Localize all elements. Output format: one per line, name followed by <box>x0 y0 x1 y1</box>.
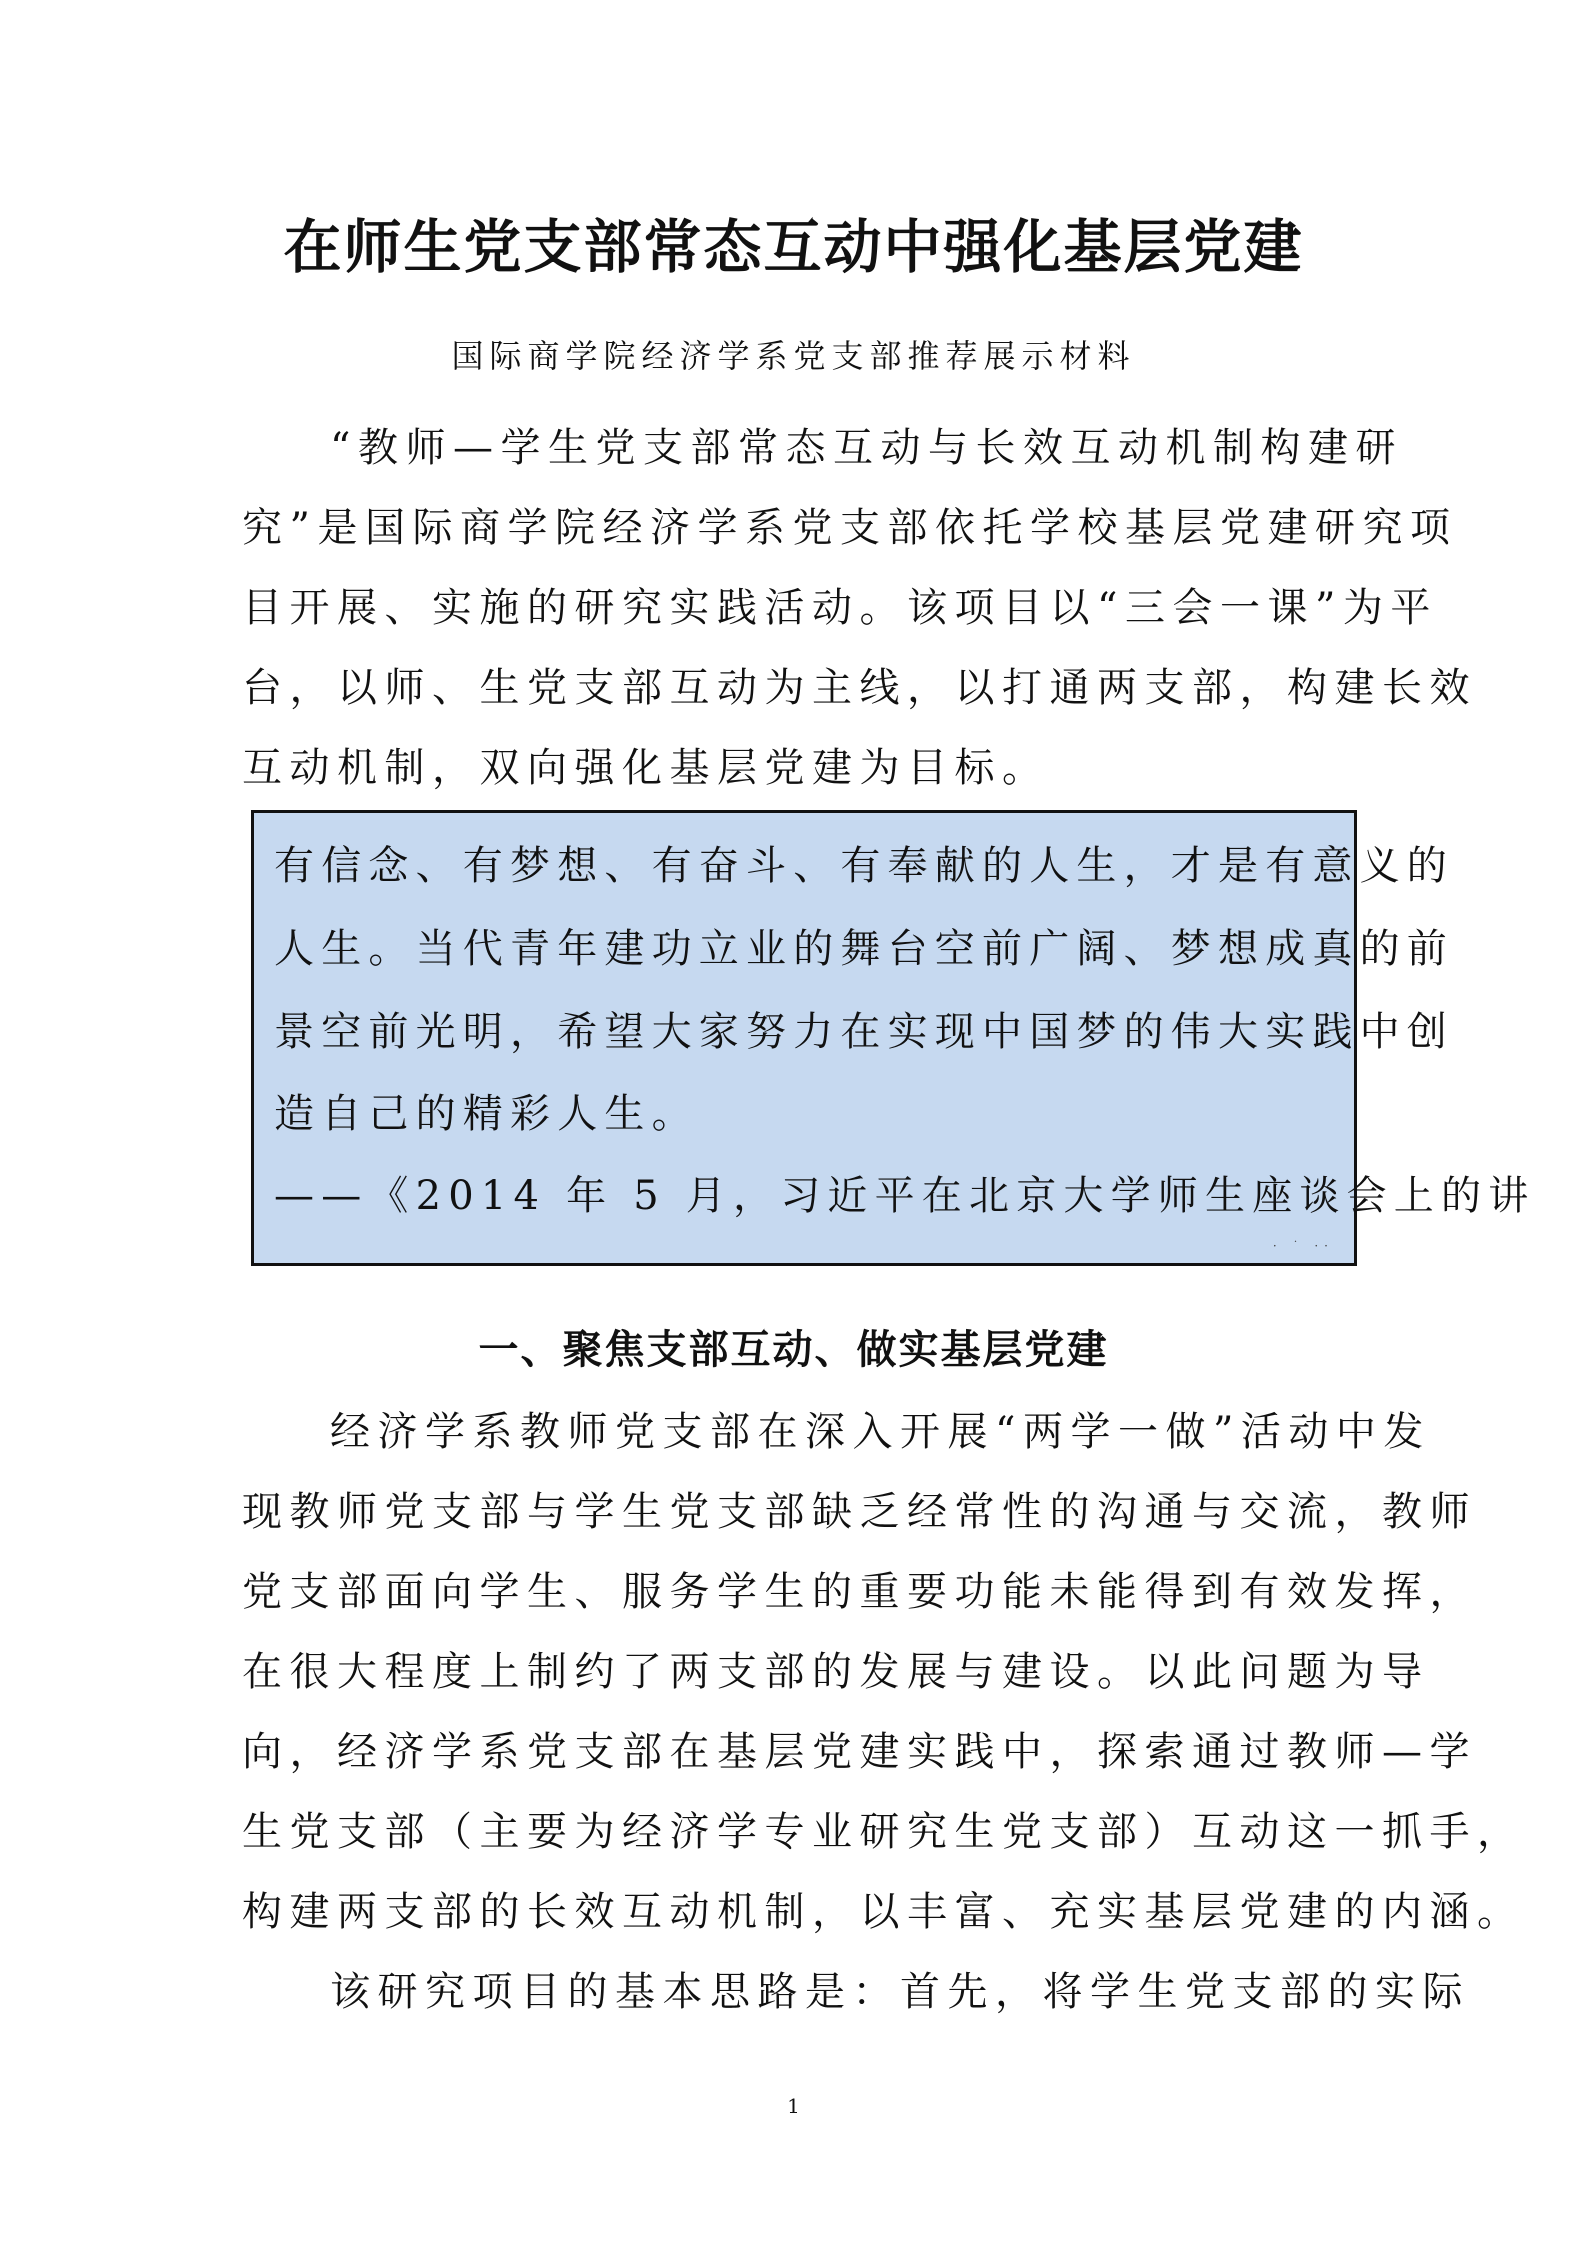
document-title: 在师生党支部常态互动中强化基层党建 <box>0 212 1587 282</box>
paragraph-line: 经济学系教师党支部在深入开展“两学一做”活动中发 <box>242 1392 1352 1472</box>
page-number: 1 <box>0 2094 1587 2118</box>
paragraph-line: 互动机制，双向强化基层党建为目标。 <box>242 728 1352 808</box>
paragraph-line: 在很大程度上制约了两支部的发展与建设。以此问题为导 <box>242 1632 1352 1712</box>
quote-attribution: ——《2014 年 5 月，习近平在北京大学师生座谈会上的讲 <box>274 1171 1535 1221</box>
quote-line: 造自己的精彩人生。 <box>274 1089 699 1139</box>
paragraph-line: 该研究项目的基本思路是：首先，将学生党支部的实际 <box>242 1952 1352 2032</box>
section-heading: 一、聚焦支部互动、做实基层党建 <box>0 1322 1587 1378</box>
paragraph-line: 党支部面向学生、服务学生的重要功能未能得到有效发挥， <box>242 1552 1352 1632</box>
paragraph-line: 向，经济学系党支部在基层党建实践中，探索通过教师—学 <box>242 1712 1352 1792</box>
section-paragraph: 经济学系教师党支部在深入开展“两学一做”活动中发 现教师党支部与学生党支部缺乏经… <box>242 1392 1352 2032</box>
paragraph-line: 生党支部（主要为经济学专业研究生党支部）互动这一抓手， <box>242 1792 1352 1872</box>
paragraph-line: “教师—学生党支部常态互动与长效互动机制构建研 <box>242 408 1352 488</box>
document-page: 在师生党支部常态互动中强化基层党建 国际商学院经济学系党支部推荐展示材料 “教师… <box>0 0 1587 2245</box>
paragraph-line: 目开展、实施的研究实践活动。该项目以“三会一课”为平 <box>242 568 1352 648</box>
paragraph-line: 现教师党支部与学生党支部缺乏经常性的沟通与交流，教师 <box>242 1472 1352 1552</box>
quote-line: 有信念、有梦想、有奋斗、有奉献的人生，才是有意义的 <box>274 841 1454 891</box>
paragraph-line: 究”是国际商学院经济学系党支部依托学校基层党建研究项 <box>242 488 1352 568</box>
trailing-marks: · ˙ ·· <box>1273 1239 1334 1253</box>
document-subtitle: 国际商学院经济学系党支部推荐展示材料 <box>0 334 1587 378</box>
quote-box: 有信念、有梦想、有奋斗、有奉献的人生，才是有意义的 人生。当代青年建功立业的舞台… <box>251 810 1357 1266</box>
paragraph-line: 台，以师、生党支部互动为主线，以打通两支部，构建长效 <box>242 648 1352 728</box>
intro-paragraph: “教师—学生党支部常态互动与长效互动机制构建研 究”是国际商学院经济学系党支部依… <box>242 408 1352 808</box>
quote-line: 景空前光明，希望大家努力在实现中国梦的伟大实践中创 <box>274 1007 1454 1057</box>
paragraph-line: 构建两支部的长效互动机制，以丰富、充实基层党建的内涵。 <box>242 1872 1352 1952</box>
quote-line: 人生。当代青年建功立业的舞台空前广阔、梦想成真的前 <box>274 924 1454 974</box>
